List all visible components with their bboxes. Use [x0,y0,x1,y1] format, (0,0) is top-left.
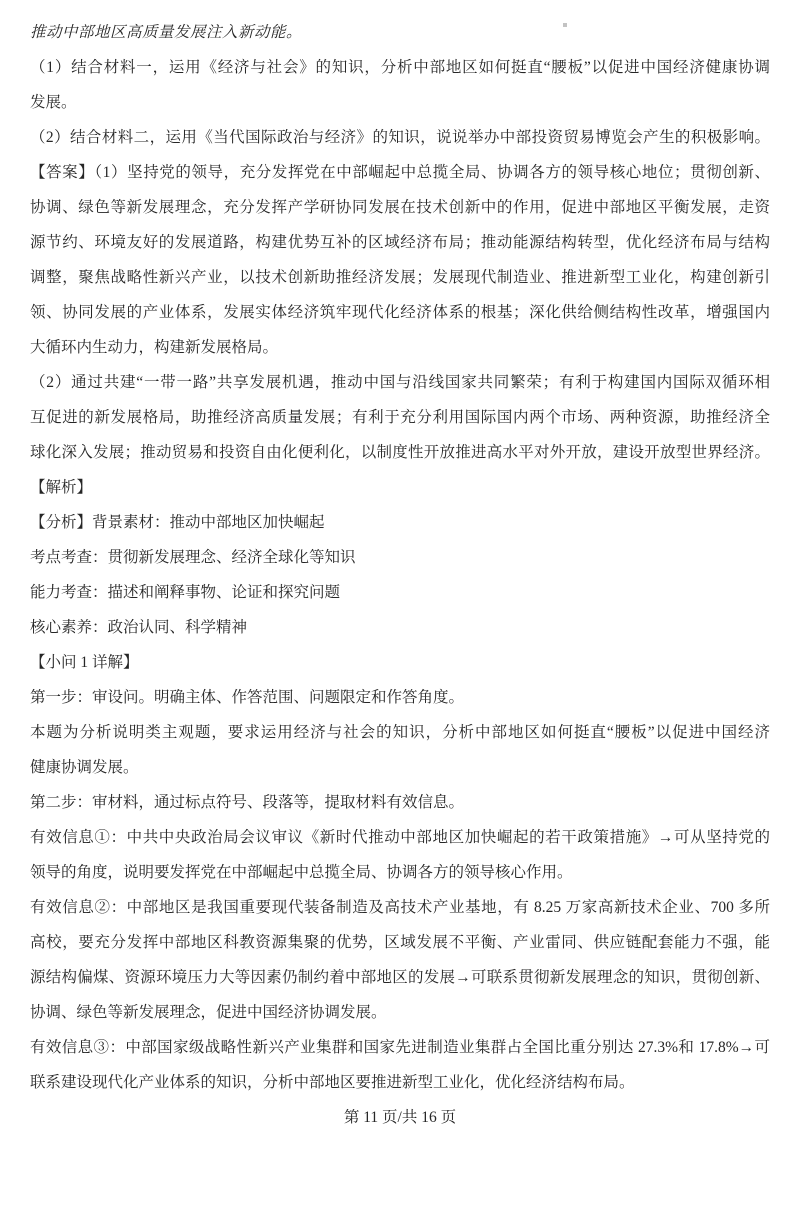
text-line: 【分析】背景素材：推动中部地区加快崛起 [30,505,770,540]
text-line: 第一步：审设问。明确主体、作答范围、问题限定和作答角度。 [30,680,770,715]
text-line: 领、协同发展的产业体系，发展实体经济筑牢现代化经济体系的根基；深化供给侧结构性改… [30,295,770,330]
text-line: 【小问 1 详解】 [30,645,770,680]
page-number: 第 11 页/共 16 页 [30,1100,770,1135]
text-line: 健康协调发展。 [30,750,770,785]
text-line: 源结构偏煤、资源环境压力大等因素仍制约着中部地区的发展→可联系贯彻新发展理念的知… [30,960,770,995]
text-line: 【答案】（1）坚持党的领导，充分发挥党在中部崛起中总揽全局、协调各方的领导核心地… [30,155,770,190]
text-line: 大循环内生动力，构建新发展格局。 [30,330,770,365]
document-body: 推动中部地区高质量发展注入新动能。（1）结合材料一，运用《经济与社会》的知识，分… [30,15,770,1135]
text-line: 考点考查：贯彻新发展理念、经济全球化等知识 [30,540,770,575]
text-line: 协调、绿色等新发展理念，充分发挥产学研协同发展在技术创新中的作用，促进中部地区平… [30,190,770,225]
text-line: 推动中部地区高质量发展注入新动能。 [30,15,770,50]
document-lines: 推动中部地区高质量发展注入新动能。（1）结合材料一，运用《经济与社会》的知识，分… [30,15,770,1100]
text-line: 有效信息③：中部国家级战略性新兴产业集群和国家先进制造业集群占全国比重分别达 2… [30,1030,770,1065]
text-line: 球化深入发展；推动贸易和投资自由化便利化，以制度性开放推进高水平对外开放，建设开… [30,435,770,470]
text-line: 第二步：审材料，通过标点符号、段落等，提取材料有效信息。 [30,785,770,820]
text-line: 本题为分析说明类主观题，要求运用经济与社会的知识，分析中部地区如何挺直“腰板”以… [30,715,770,750]
text-line: 发展。 [30,85,770,120]
text-line: （1）结合材料一，运用《经济与社会》的知识，分析中部地区如何挺直“腰板”以促进中… [30,50,770,85]
text-line: （2）通过共建“一带一路”共享发展机遇，推动中国与沿线国家共同繁荣；有利于构建国… [30,365,770,400]
text-line: 协调、绿色等新发展理念，促进中国经济协调发展。 [30,995,770,1030]
text-line: 互促进的新发展格局，助推经济高质量发展；有利于充分利用国际国内两个市场、两种资源… [30,400,770,435]
text-line: 【解析】 [30,470,770,505]
text-line: 源节约、环境友好的发展道路，构建优势互补的区域经济布局；推动能源结构转型，优化经… [30,225,770,260]
text-line: （2）结合材料二，运用《当代国际政治与经济》的知识，说说举办中部投资贸易博览会产… [30,120,770,155]
text-line: 核心素养：政治认同、科学精神 [30,610,770,645]
text-line: 高校，要充分发挥中部地区科教资源集聚的优势，区域发展不平衡、产业雷同、供应链配套… [30,925,770,960]
text-line: 有效信息②：中部地区是我国重要现代装备制造及高技术产业基地，有 8.25 万家高… [30,890,770,925]
text-line: 联系建设现代化产业体系的知识，分析中部地区要推进新型工业化，优化经济结构布局。 [30,1065,770,1100]
text-line: 有效信息①：中共中央政治局会议审议《新时代推动中部地区加快崛起的若干政策措施》→… [30,820,770,855]
text-line: 领导的角度，说明要发挥党在中部崛起中总揽全局、协调各方的领导核心作用。 [30,855,770,890]
text-line: 能力考查：描述和阐释事物、论证和探究问题 [30,575,770,610]
document-page: 推动中部地区高质量发展注入新动能。（1）结合材料一，运用《经济与社会》的知识，分… [0,0,800,1223]
text-line: 调整，聚焦战略性新兴产业，以技术创新助推经济发展；发展现代制造业、推进新型工业化… [30,260,770,295]
